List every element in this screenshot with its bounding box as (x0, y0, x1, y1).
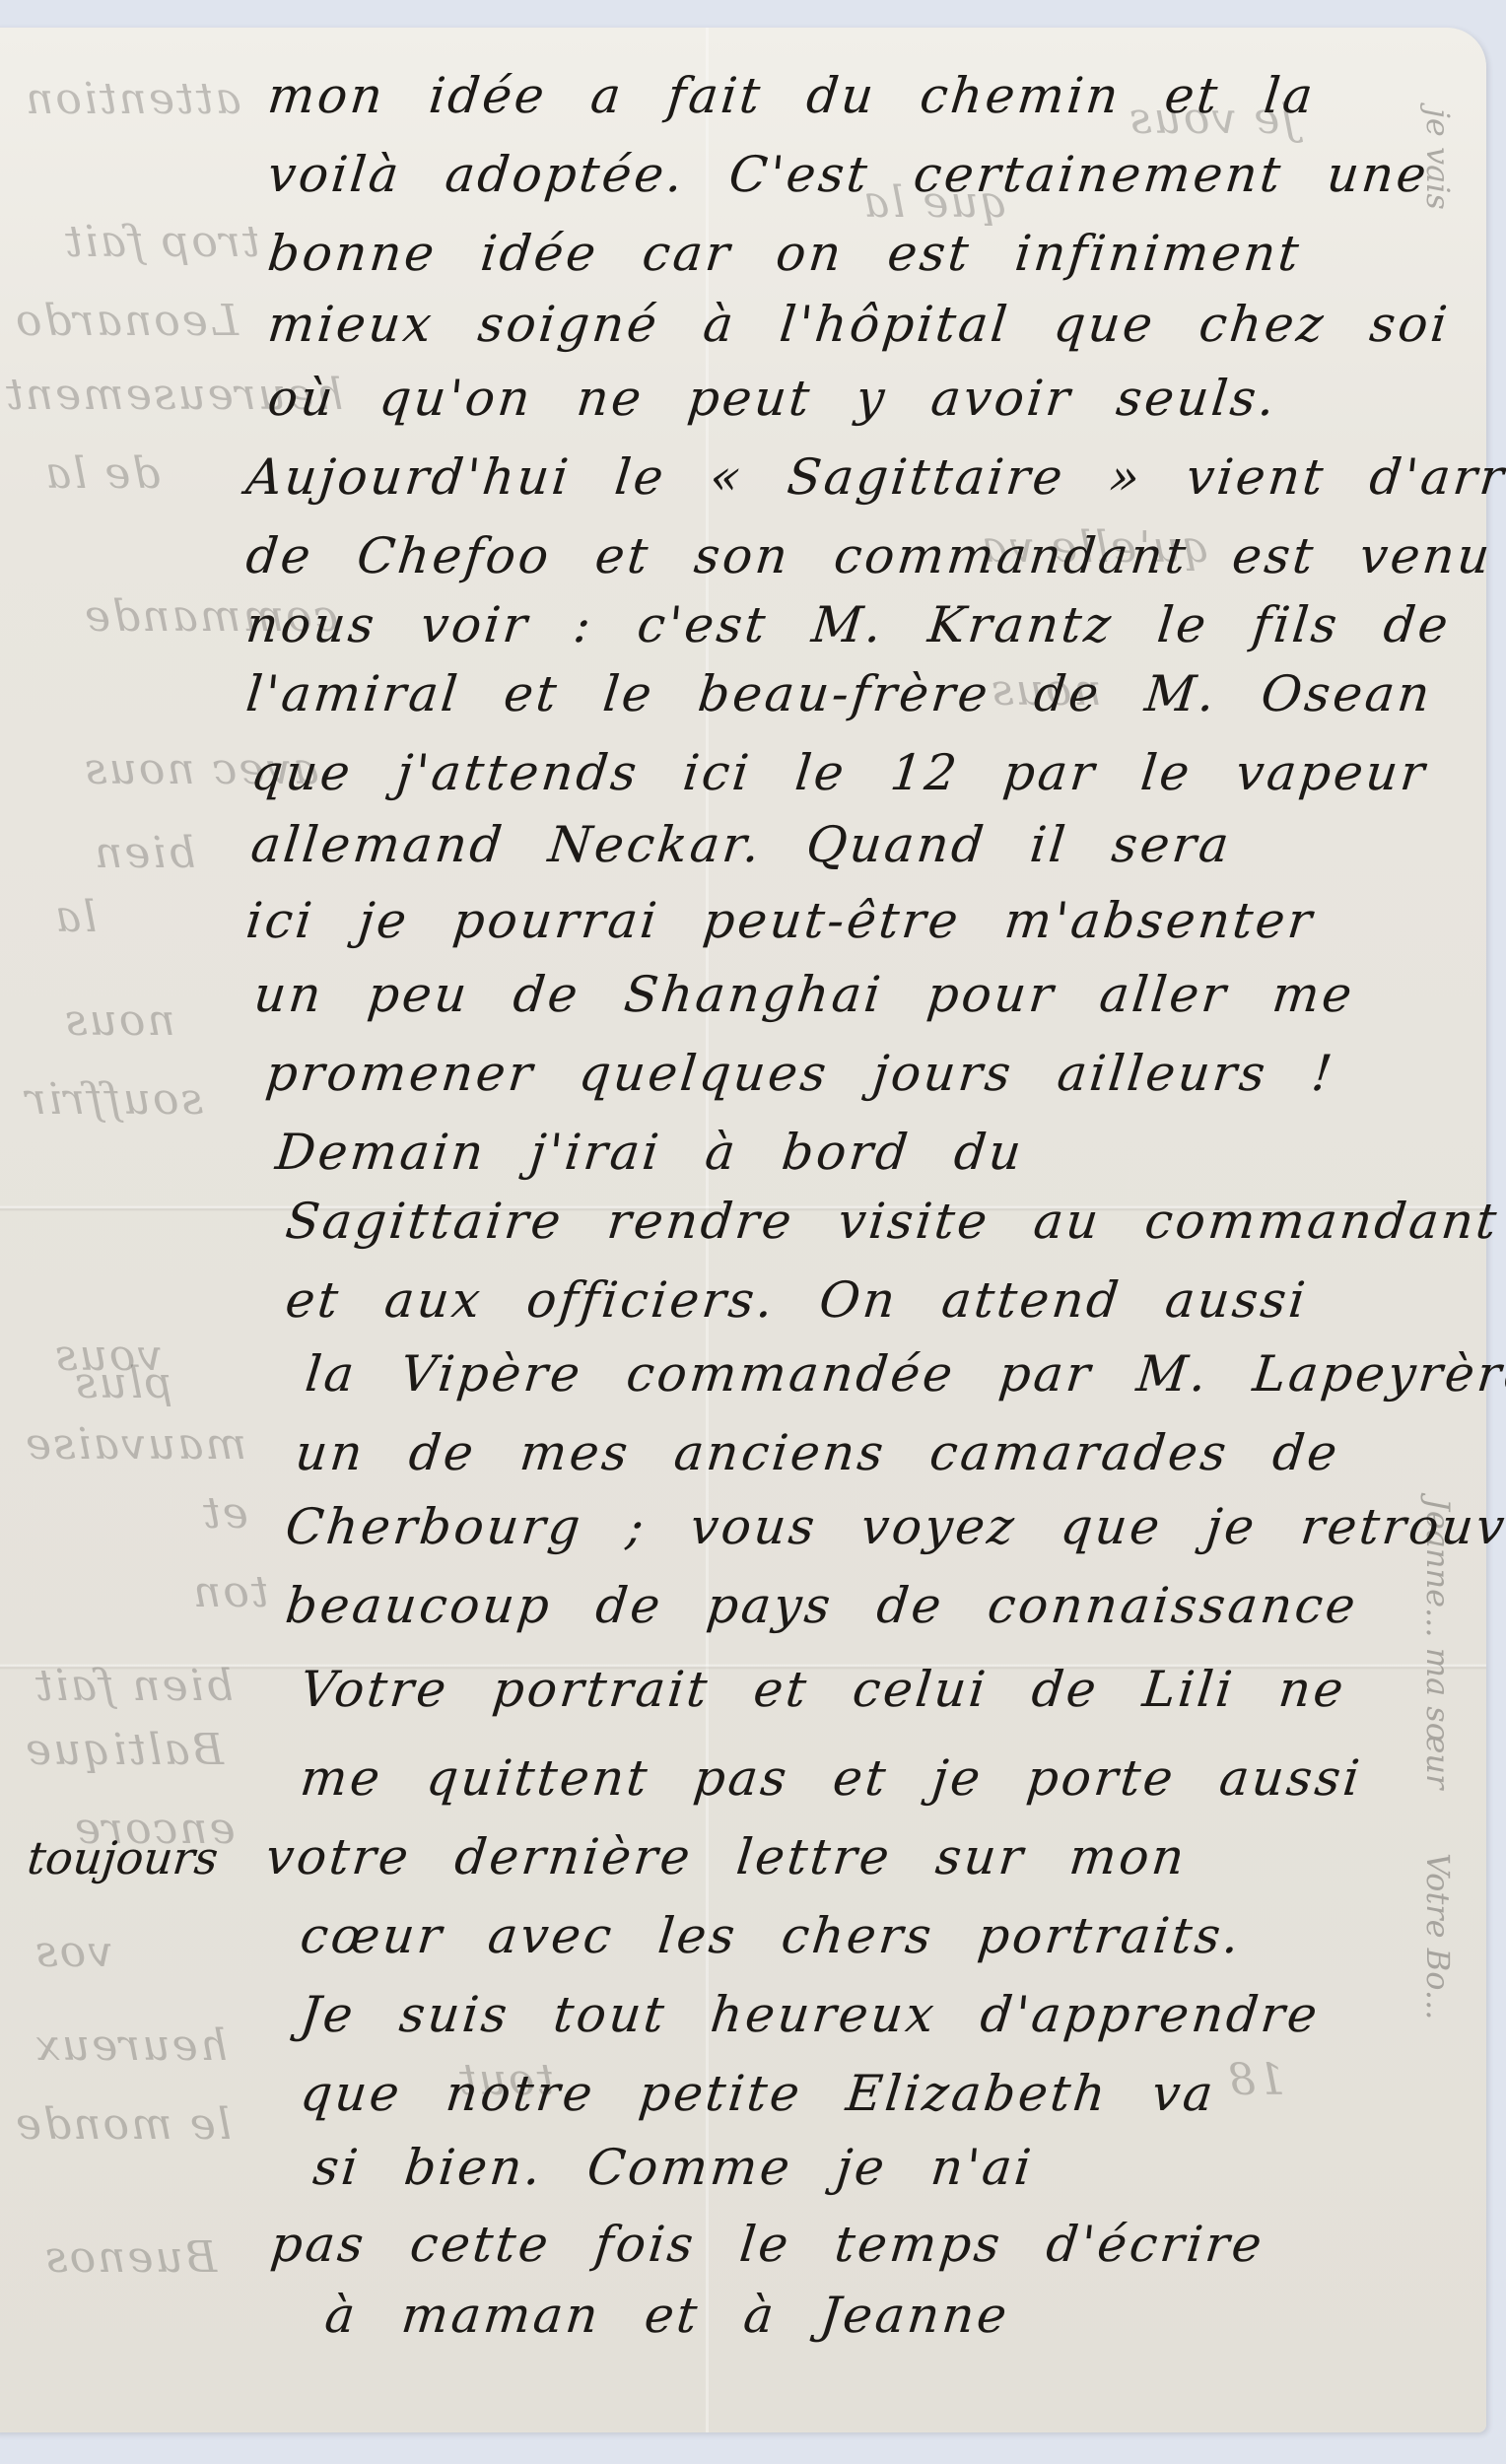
letter-line: bonne idée car on est infiniment (265, 225, 1304, 282)
letter-line: où qu'on ne peut y avoir seuls. (265, 370, 1280, 427)
bleed-through-text: bien (93, 828, 196, 878)
bleed-through-text: Buenos (43, 2232, 217, 2283)
bleed-through-text: Leonardo (14, 296, 239, 346)
letter-line: pas cette fois le temps d'écrire (268, 2216, 1267, 2273)
letter-line: Je suis tout heureux d'apprendre (298, 1986, 1323, 2043)
letter-line: voilà adoptée. C'est certainement une (265, 146, 1432, 203)
bleed-through-text: le monde (14, 2099, 232, 2150)
letter-line: mon idée a fait du chemin et la (265, 67, 1319, 124)
letter-line: ici je pourrai peut-être m'absenter (243, 892, 1318, 949)
bleed-through-text: souffrir (24, 1074, 203, 1125)
letter-line: à maman et à Jeanne (322, 2287, 1012, 2344)
letter-line: Sagittaire rendre visite au commandant (283, 1193, 1502, 1250)
letter-line: mieux soigné à l'hôpital que chez soi (265, 296, 1453, 353)
letter-line: nous voir : c'est M. Krantz le fils de (243, 596, 1454, 653)
letter-line: promener quelques jours ailleurs ! (263, 1045, 1337, 1102)
letter-line: Aujourd'hui le « Sagittaire » vient d'ar… (243, 448, 1506, 506)
margin-word: toujours (25, 1831, 221, 1884)
letter-line: la Vipère commandée par M. Lapeyrère (303, 1345, 1506, 1403)
bleed-through-text: heureux (34, 2020, 228, 2071)
bleed-through-text: 18 (1226, 2055, 1285, 2105)
margin-note: Votre Bo... (1419, 1853, 1457, 2019)
bleed-through-text: bien fait (34, 1661, 234, 1711)
letter-line: si bien. Comme je n'ai (310, 2139, 1037, 2196)
letter-line: Demain j'irai à bord du (273, 1124, 1027, 1181)
letter-line: de Chefoo et son commandant est venu (243, 527, 1495, 584)
bleed-through-text: attention (24, 74, 241, 124)
letter-line: votre dernière lettre sur mon (263, 1828, 1190, 1885)
letter-page: attentionje vousque latrop faitLeonardoh… (0, 28, 1486, 2432)
letter-line: Votre portrait et celui de Lili ne (298, 1661, 1349, 1718)
letter-line: Cherbourg ; vous voyez que je retrouve (283, 1498, 1506, 1555)
letter-line: que j'attends ici le 12 par le vapeur (248, 744, 1430, 801)
letter-line: me quittent pas et je porte aussi (298, 1749, 1365, 1807)
letter-line: un de mes anciens camarades de (293, 1424, 1342, 1481)
letter-line: cœur avec les chers portraits. (298, 1907, 1245, 1964)
bleed-through-text: mauvaise (24, 1419, 246, 1470)
letter-line: que notre petite Elizabeth va (298, 2065, 1218, 2122)
bleed-through-text: Baltique (24, 1725, 224, 1775)
bleed-through-text: trop fait (63, 217, 260, 267)
bleed-through-text: vos (34, 1927, 112, 1977)
bleed-through-text: la (53, 892, 97, 942)
letter-line: allemand Neckar. Quand il sera (248, 816, 1234, 873)
letter-line: un peu de Shanghai pour aller me (251, 966, 1357, 1023)
bleed-through-text: de la (43, 448, 161, 499)
bleed-through-text: ton (191, 1567, 269, 1617)
letter-line: et aux officiers. On attend aussi (283, 1271, 1311, 1329)
letter-line: beaucoup de pays de connaissance (283, 1577, 1361, 1634)
bleed-through-text: et (201, 1488, 248, 1539)
bleed-through-text: plus (73, 1358, 172, 1408)
letter-line: l'amiral et le beau-frère de M. Osean (243, 665, 1435, 722)
bleed-through-text: nous (63, 995, 175, 1046)
